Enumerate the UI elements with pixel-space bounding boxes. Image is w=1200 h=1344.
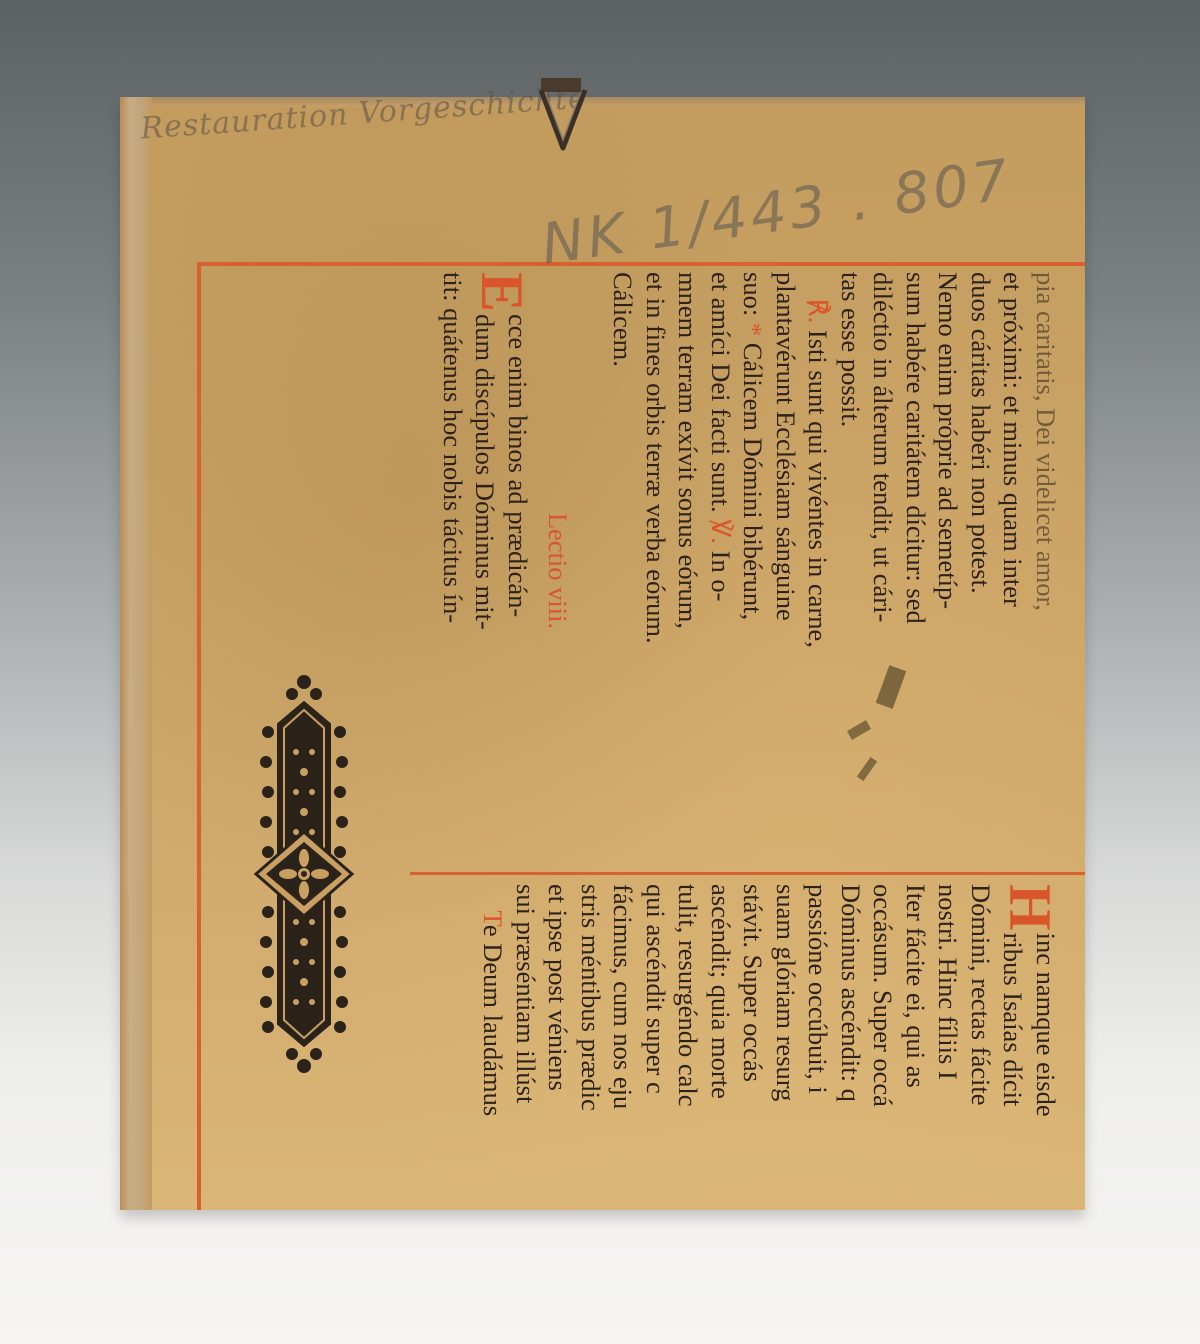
red-column-divider-rule bbox=[410, 872, 1085, 875]
responsory-text: et amíci Dei facti sunt. bbox=[706, 272, 736, 513]
text-line: tas esse possit. bbox=[835, 272, 868, 870]
responsory-line: et amíci Dei facti sunt. ℣. In o- bbox=[705, 272, 738, 870]
lesson-heading: Lectio viii. bbox=[542, 272, 575, 870]
responsory-line: Cálicem. bbox=[607, 272, 640, 870]
drop-cap-e: E bbox=[472, 272, 532, 312]
text-line: ascéndit; quia morte bbox=[705, 884, 738, 1214]
te-deum-text: e Deum laudámus bbox=[479, 925, 509, 1116]
text-line: pia caritatis, Dei videlicet amor, bbox=[1030, 272, 1063, 870]
responsory-text: Cálicem Dómini bibérunt, bbox=[739, 343, 769, 620]
responsory-marker: ℟. bbox=[804, 299, 834, 324]
text-line: Dómini, rectas fácite bbox=[965, 884, 998, 1214]
text-line: Nemo enim próprie ad semetíp- bbox=[932, 272, 965, 870]
text-line: occásum. Super occá bbox=[867, 884, 900, 1214]
responsory-line: suo: * Cálicem Dómini bibérunt, bbox=[737, 272, 770, 870]
text-line: ribus Isaías dícit bbox=[997, 884, 1030, 1214]
board-left-worn-edge bbox=[120, 97, 152, 1210]
lesson-line: dum discípulos Dóminus mit- bbox=[469, 272, 502, 870]
text-line: qui ascéndit super c bbox=[640, 884, 673, 1214]
responsory-text: suo: bbox=[739, 272, 769, 316]
responsory-line: et in fines orbis terræ verba eórum. bbox=[640, 272, 673, 870]
text-line: fácimus, cum nos eju bbox=[607, 884, 640, 1214]
text-line: Iter fácite ei, qui as bbox=[900, 884, 933, 1214]
red-frame-left-rule bbox=[197, 262, 201, 1210]
text-line: stris méntibus prædic bbox=[575, 884, 608, 1214]
asterisk-marker: * bbox=[739, 323, 769, 336]
responsory-line: ℟. Isti sunt qui vivéntes in carne, bbox=[802, 272, 835, 870]
text-line: sui præséntiam illúst bbox=[510, 884, 543, 1214]
text-line: Dóminus ascéndit: q bbox=[835, 884, 868, 1214]
text-line: et ipse post véniens bbox=[542, 884, 575, 1214]
wire-hanger-icon bbox=[535, 78, 591, 190]
responsory-line: mnem terram exívit sonus eórum, bbox=[672, 272, 705, 870]
responsory-text: In o- bbox=[706, 551, 736, 602]
text-line: suam glóriam resurg bbox=[770, 884, 803, 1214]
text-line: sum habére caritátem dícitur: sed bbox=[900, 272, 933, 870]
te-deum-line: Te Deum laudámus bbox=[477, 884, 510, 1214]
upper-text-block: pia caritatis, Dei videlicet amor, et pr… bbox=[437, 272, 1063, 870]
blank-line bbox=[534, 272, 542, 870]
text-line: tulit, resurgéndo calc bbox=[672, 884, 705, 1214]
lesson-line: cce enim binos ad prædicán- bbox=[502, 272, 535, 870]
text-line: passióne occúbuit, i bbox=[802, 884, 835, 1214]
text-line: duos cáritas habéri non potest. bbox=[965, 272, 998, 870]
blank-line bbox=[575, 272, 608, 870]
responsory-line: plantavérunt Ecclésiam sánguine bbox=[770, 272, 803, 870]
gothic-ornament-icon bbox=[252, 672, 356, 1076]
text-line: stávit. Super occás bbox=[737, 884, 770, 1214]
text-line: diléctio in álterum tendit, ut cári- bbox=[867, 272, 900, 870]
lower-text-block: H inc namque eisde ribus Isaías dícit Dó… bbox=[477, 884, 1062, 1214]
drop-cap-h: H bbox=[1000, 884, 1060, 931]
text-line: et próximi: et minus quam inter bbox=[997, 272, 1030, 870]
text-line: nostri. Hinc fíliis I bbox=[932, 884, 965, 1214]
versicle-marker: ℣. bbox=[706, 519, 736, 544]
responsory-text: Isti sunt qui vivéntes in carne, bbox=[804, 330, 834, 648]
lesson-line: tit: quátenus hoc nobis tácitus ín- bbox=[437, 272, 470, 870]
te-deum-initial: T bbox=[479, 911, 509, 925]
text-line: inc namque eisde bbox=[1030, 884, 1063, 1214]
